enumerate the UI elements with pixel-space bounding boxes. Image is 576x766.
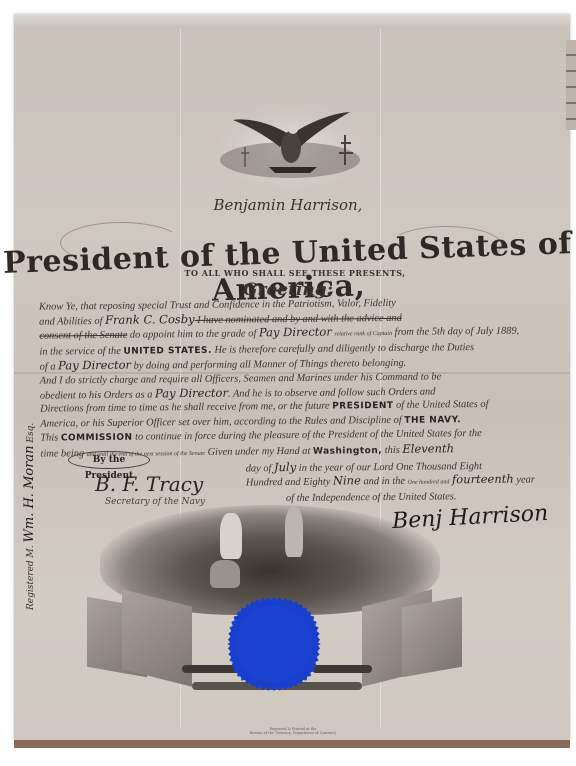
- header-signature: Benjamin Harrison,: [0, 196, 576, 214]
- countersign-label: Registered M.: [26, 545, 36, 610]
- blue-seal-icon: [226, 596, 322, 692]
- year-filled: Nine: [333, 473, 361, 487]
- countersign-name: Wm. H. Moran: [22, 445, 37, 542]
- top-fold: [14, 14, 570, 28]
- secretary-signature: B. F. Tracy: [95, 472, 203, 496]
- engraving-figure: [285, 507, 303, 557]
- address-line: TO ALL WHO SHALL SEE THESE PRESENTS,: [165, 268, 425, 278]
- grade: Pay Director: [259, 325, 332, 340]
- engraving-figure: [210, 560, 240, 588]
- day-filled: Eleventh: [402, 441, 454, 456]
- by-the-president-label: By the President: [68, 451, 150, 469]
- eagle-icon: [205, 95, 375, 190]
- secretary-title: Secretary of the Navy: [105, 497, 205, 507]
- flag-engraving: [122, 589, 192, 686]
- eagle-vignette: [205, 95, 375, 190]
- month-filled: July: [274, 459, 296, 473]
- engraving-figure: [220, 513, 242, 559]
- folder-edge: [566, 40, 576, 130]
- bottom-edge: [14, 740, 570, 748]
- engraver-imprint: Engraved & Printed at the Bureau of the …: [238, 727, 348, 735]
- countersign-suffix: Esq.: [26, 423, 36, 443]
- officer-name: Frank C. Cosby: [105, 312, 195, 327]
- registration-countersign: Registered M. Wm. H. Moran Esq.: [22, 423, 37, 610]
- flag-engraving: [402, 597, 462, 678]
